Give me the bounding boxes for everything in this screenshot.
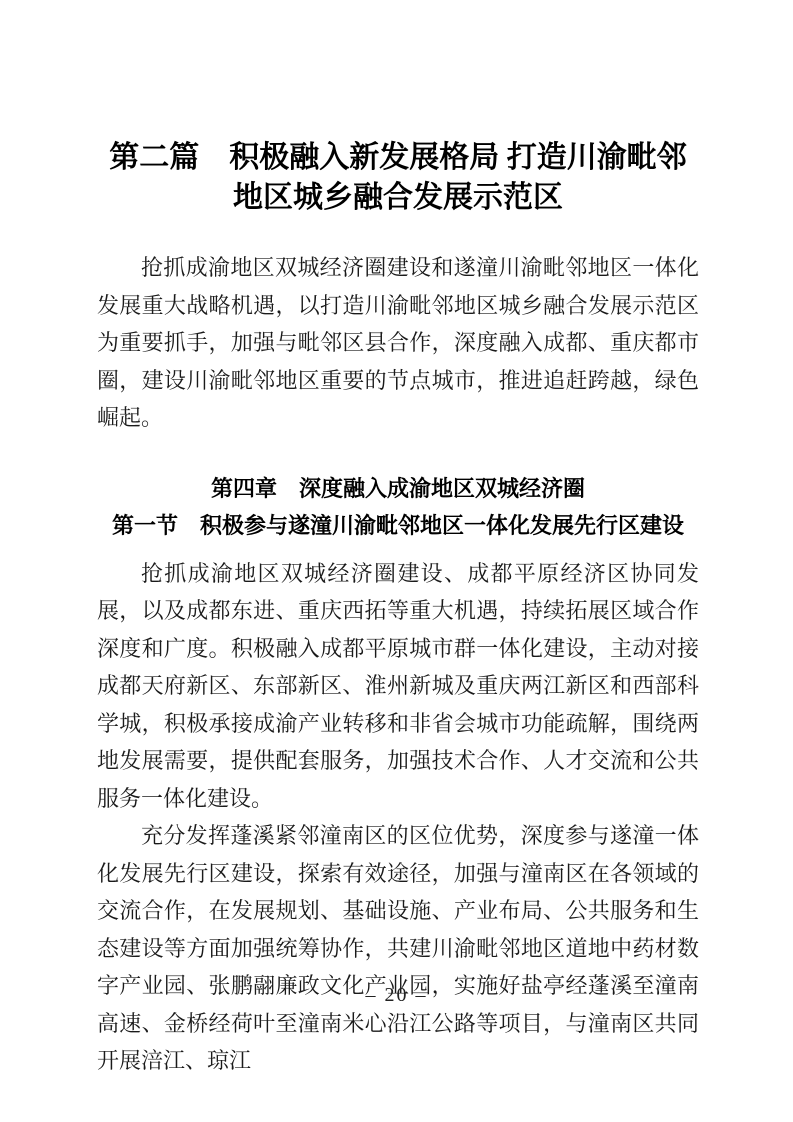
- body-paragraph: 抢抓成渝地区双城经济圈建设、成都平原经济区协同发展，以及成都东进、重庆西拓等重大…: [97, 555, 699, 818]
- chapter-heading: 第四章 深度融入成渝地区双城经济圈: [97, 474, 699, 504]
- document-page: 第二篇 积极融入新发展格局 打造川渝毗邻 地区城乡融合发展示范区 抢抓成渝地区双…: [0, 0, 793, 1122]
- body-paragraph: 充分发挥蓬溪紧邻潼南区的区位优势，深度参与遂潼一体化发展先行区建设，探索有效途径…: [97, 817, 699, 1080]
- section-heading: 第一节 积极参与遂潼川渝毗邻地区一体化发展先行区建设: [97, 511, 699, 541]
- intro-paragraph: 抢抓成渝地区双城经济圈建设和遂潼川渝毗邻地区一体化发展重大战略机遇，以打造川渝毗…: [97, 249, 699, 437]
- doc-title-line-1: 第二篇 积极融入新发展格局 打造川渝毗邻: [97, 138, 699, 178]
- doc-title: 第二篇 积极融入新发展格局 打造川渝毗邻 地区城乡融合发展示范区: [97, 138, 699, 218]
- page-content: 第二篇 积极融入新发展格局 打造川渝毗邻 地区城乡融合发展示范区 抢抓成渝地区双…: [97, 0, 699, 1080]
- page-number: – 20 –: [0, 983, 793, 1007]
- doc-title-line-2: 地区城乡融合发展示范区: [97, 178, 699, 218]
